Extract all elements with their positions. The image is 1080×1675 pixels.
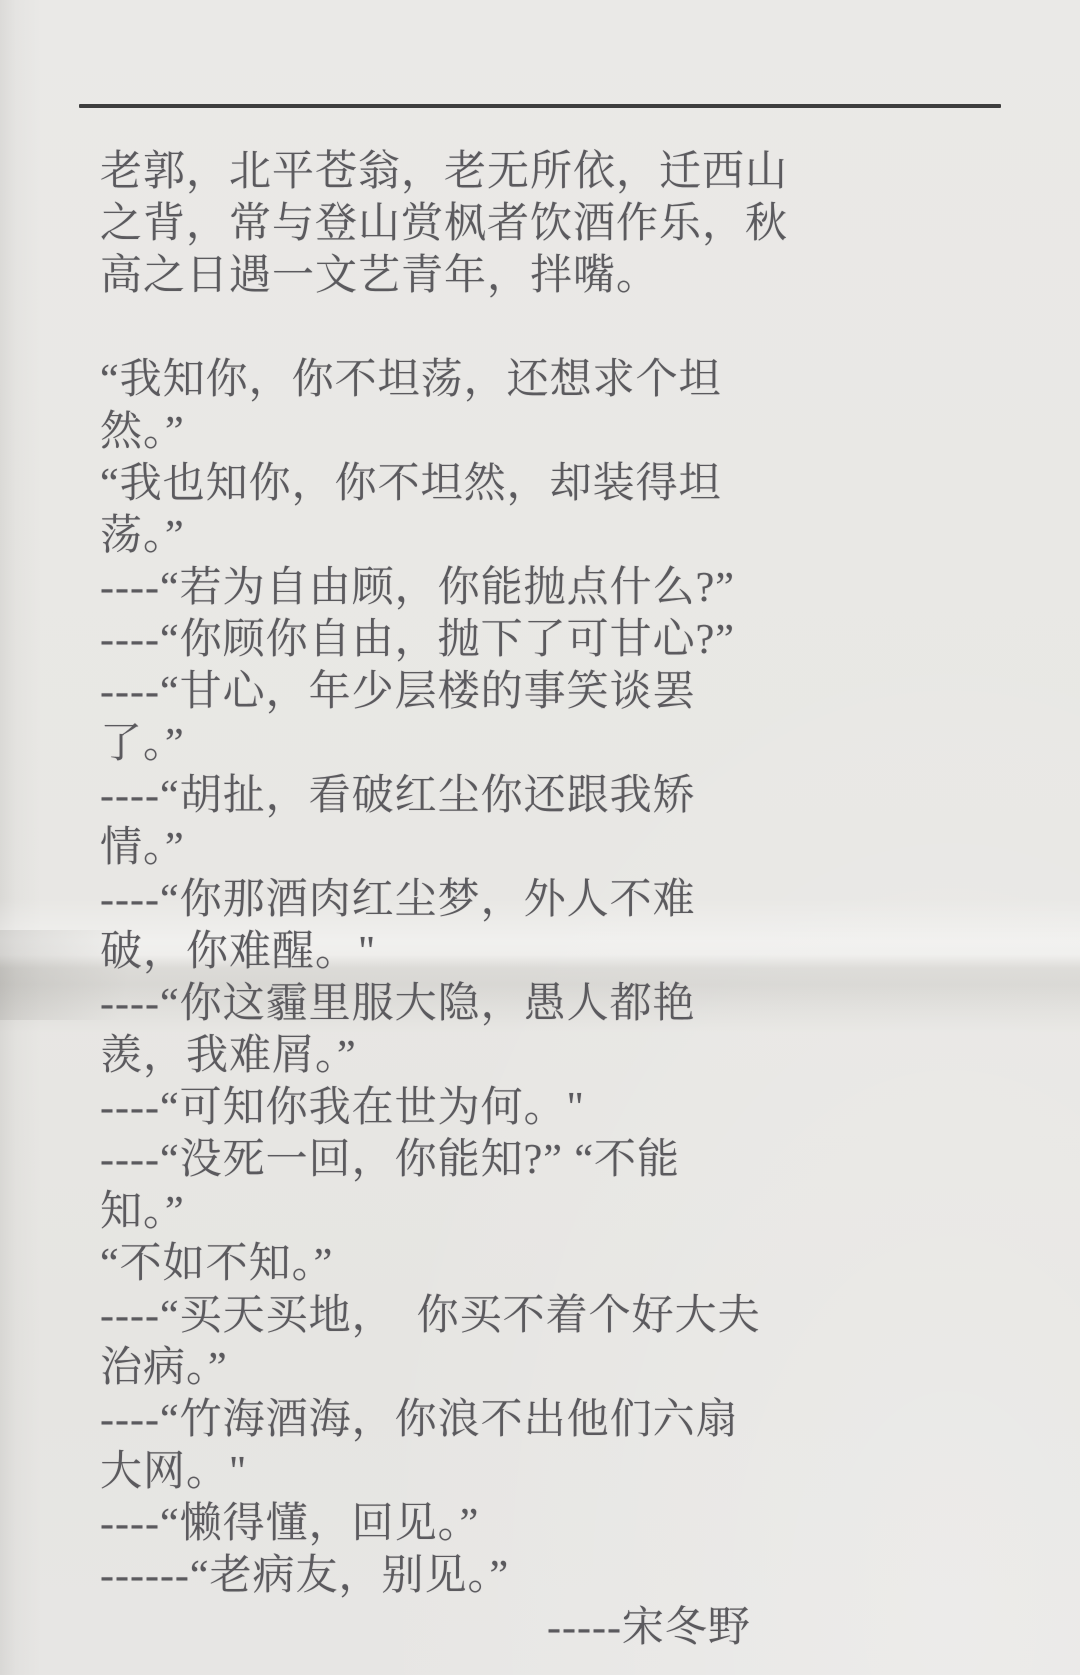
dialogue-line: ----“竹海酒海，你浪不出他们六扇 xyxy=(100,1394,1020,1446)
dialogue-line: “不如不知。” xyxy=(100,1238,1020,1290)
dialogue-line: 情。” xyxy=(100,822,1020,874)
signature-line: -----宋冬野 xyxy=(100,1602,1020,1654)
dialogue-line: ----“没死一回，你能知?” “不能 xyxy=(100,1134,1020,1186)
text-block: 老郭，北平苍翁，老无所依，迁西山 之背，常与登山赏枫者饮酒作乐，秋 高之日遇一文… xyxy=(100,146,1020,1654)
dialogue-line: 羡，我难屑。” xyxy=(100,1030,1020,1082)
intro-line: 之背，常与登山赏枫者饮酒作乐，秋 xyxy=(100,198,1020,250)
dialogue-line: 破，你难醒。" xyxy=(100,926,1020,978)
dialogue-line: ----“胡扯，看破红尘你还跟我矫 xyxy=(100,770,1020,822)
dialogue-line: 知。” xyxy=(100,1186,1020,1238)
dialogue-line: “我知你，你不坦荡，还想求个坦 xyxy=(100,354,1020,406)
dialogue-line: 荡。” xyxy=(100,510,1020,562)
dialogue-line: ----“懒得懂，回见。” xyxy=(100,1498,1020,1550)
dialogue-line: 治病。” xyxy=(100,1342,1020,1394)
intro-line: 老郭，北平苍翁，老无所依，迁西山 xyxy=(100,146,1020,198)
dialogue-line: ----“买天买地， 你买不着个好大夫 xyxy=(100,1290,1020,1342)
dialogue-line: ----“甘心，年少层楼的事笑谈罢 xyxy=(100,666,1020,718)
dialogue-line: ----“若为自由顾，你能抛点什么?” xyxy=(100,562,1020,614)
dialogue-line: 了。” xyxy=(100,718,1020,770)
dialogue-line: ----“你顾你自由，抛下了可甘心?” xyxy=(100,614,1020,666)
intro-line: 高之日遇一文艺青年，拌嘴。 xyxy=(100,250,1020,302)
blank-line xyxy=(100,302,1020,354)
dialogue-line: 大网。" xyxy=(100,1446,1020,1498)
dialogue-line: “我也知你，你不坦然，却装得坦 xyxy=(100,458,1020,510)
dialogue-line: ----“你那酒肉红尘梦，外人不难 xyxy=(100,874,1020,926)
dialogue-line: ----“可知你我在世为何。" xyxy=(100,1082,1020,1134)
paper-page: 老郭，北平苍翁，老无所依，迁西山 之背，常与登山赏枫者饮酒作乐，秋 高之日遇一文… xyxy=(0,0,1080,1675)
top-divider-rule xyxy=(79,104,1001,108)
dialogue-line: ------“老病友，别见。” xyxy=(100,1550,1020,1602)
dialogue-line: 然。” xyxy=(100,406,1020,458)
dialogue-line: ----“你这霾里服大隐，愚人都艳 xyxy=(100,978,1020,1030)
